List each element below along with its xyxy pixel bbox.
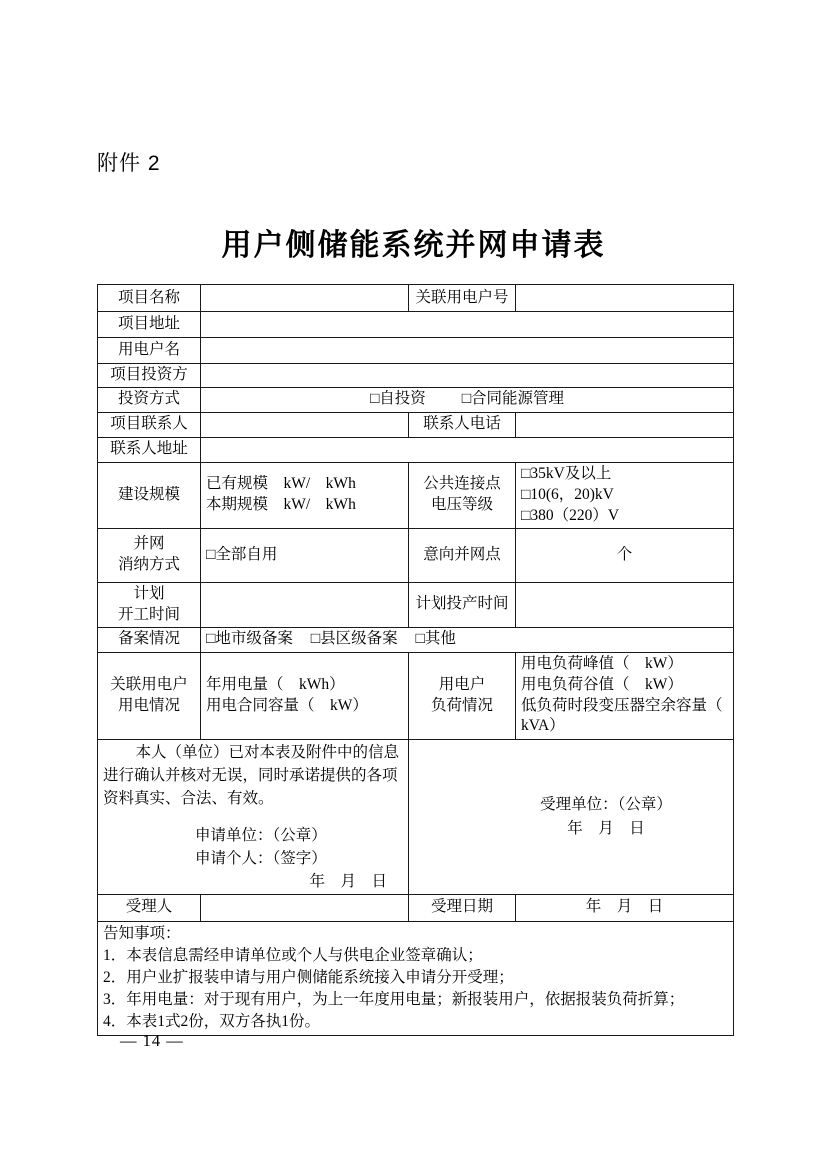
project-investor-label: 项目投资方: [98, 364, 201, 388]
planned-start-label-line2: 开工时间: [103, 605, 195, 626]
project-contact-label: 项目联系人: [98, 412, 201, 437]
row-construction-scale: 建设规模 已有规模 kW/ kWh 本期规模 kW/ kWh 公共连接点 电压等…: [98, 462, 734, 528]
connection-point-value-cell: 个: [516, 528, 734, 582]
applicant-person-line: 申请个人：（签字）: [195, 847, 403, 870]
row-investment-mode: 投资方式 □自投资 □合同能源管理: [98, 387, 734, 412]
load-peak-line: 用电负荷峰值（ kW）: [521, 654, 728, 675]
checkbox-option-self-invest: □自投资: [370, 389, 426, 410]
checkbox-option-all-self-use: □全部自用: [206, 546, 277, 563]
connection-point-label: 意向并网点: [409, 528, 516, 582]
load-valley-line: 用电负荷谷值（ kW）: [521, 675, 728, 696]
user-load-label: 用电户 负荷情况: [409, 652, 516, 739]
application-form-table: 项目名称 关联用电户号 项目地址 用电户名 项目投资方 投资方式 □自投资 □合…: [97, 284, 734, 1036]
acceptance-date-line: 年 月 日: [484, 817, 728, 841]
project-address-value-cell: [201, 312, 734, 338]
acceptance-date-label: 受理日期: [409, 894, 516, 921]
construction-scale-label: 建设规模: [98, 462, 201, 528]
contact-phone-label: 联系人电话: [409, 412, 516, 437]
contact-address-label: 联系人地址: [98, 437, 201, 462]
investment-mode-label: 投资方式: [98, 387, 201, 412]
related-user-no-value-cell: [516, 285, 734, 312]
related-user-no-label: 关联用电户号: [409, 285, 516, 312]
row-project-address: 项目地址: [98, 312, 734, 338]
user-load-label-line1: 用电户: [414, 675, 510, 696]
checkbox-option-10kv: □10(6，20)kV: [521, 485, 728, 506]
row-declaration: 本人（单位）已对本表及附件中的信息进行确认并核对无误，同时承诺提供的各项资料真实…: [98, 739, 734, 894]
planned-start-label: 计划 开工时间: [98, 582, 201, 627]
pcc-voltage-label: 公共连接点 电压等级: [409, 462, 516, 528]
notes-cell: 告知事项： 1．本表信息需经申请单位或个人与供电企业签章确认； 2．用户业扩报装…: [98, 921, 734, 1035]
scale-existing-line: 已有规模 kW/ kWh: [206, 474, 403, 495]
notes-title: 告知事项：: [103, 923, 728, 945]
electricity-user-value-cell: [201, 338, 734, 364]
note-item-3: 3．年用电量：对于现有用户，为上一年度用电量；新报装用户，依据报装负荷折算；: [103, 989, 728, 1011]
user-load-value-cell: 用电负荷峰值（ kW） 用电负荷谷值（ kW） 低负荷时段变压器空余容量（ kV…: [516, 652, 734, 739]
note-item-4: 4．本表1式2份，双方各执1份。: [103, 1011, 728, 1033]
transformer-spare-capacity-line: 低负荷时段变压器空余容量（ kVA）: [521, 696, 728, 738]
planned-operation-value-cell: [516, 582, 734, 627]
construction-scale-value-cell: 已有规模 kW/ kWh 本期规模 kW/ kWh: [201, 462, 409, 528]
acceptor-value-cell: [201, 894, 409, 921]
grid-consumption-label: 并网 消纳方式: [98, 528, 201, 582]
row-project-contact: 项目联系人 联系人电话: [98, 412, 734, 437]
project-contact-value-cell: [201, 412, 409, 437]
project-address-label: 项目地址: [98, 312, 201, 338]
row-planned-dates: 计划 开工时间 计划投产时间: [98, 582, 734, 627]
contract-capacity-line: 用电合同容量（ kW）: [206, 696, 403, 717]
checkbox-option-other-filing: □其他: [416, 629, 456, 650]
scale-current-line: 本期规模 kW/ kWh: [206, 495, 403, 516]
project-name-value-cell: [201, 285, 409, 312]
checkbox-option-contract-energy: □合同能源管理: [462, 389, 564, 410]
user-load-label-line2: 负荷情况: [414, 696, 510, 717]
filing-status-options-cell: □地市级备案 □县区级备案 □其他: [201, 627, 734, 652]
row-grid-consumption: 并网 消纳方式 □全部自用 意向并网点 个: [98, 528, 734, 582]
related-user-consumption-label-line2: 用电情况: [103, 696, 195, 717]
contact-address-value-cell: [201, 437, 734, 462]
row-project-investor: 项目投资方: [98, 364, 734, 388]
declaration-cell: 本人（单位）已对本表及附件中的信息进行确认并核对无误，同时承诺提供的各项资料真实…: [98, 739, 409, 894]
acceptance-unit-line: 受理单位：（公章）: [484, 793, 728, 817]
pcc-voltage-options-cell: □35kV及以上 □10(6，20)kV □380（220）V: [516, 462, 734, 528]
related-user-consumption-label-line1: 关联用电户: [103, 675, 195, 696]
applicant-unit-line: 申请单位：（公章）: [195, 824, 403, 847]
pcc-voltage-label-line1: 公共连接点: [414, 474, 510, 495]
planned-start-value-cell: [201, 582, 409, 627]
grid-consumption-option-cell: □全部自用: [201, 528, 409, 582]
planned-start-label-line1: 计划: [103, 584, 195, 605]
declaration-statement: 本人（单位）已对本表及附件中的信息进行确认并核对无误，同时承诺提供的各项资料真实…: [103, 741, 403, 810]
checkbox-option-city-filing: □地市级备案: [206, 629, 293, 650]
row-user-consumption-load: 关联用电户 用电情况 年用电量（ kWh） 用电合同容量（ kW） 用电户 负荷…: [98, 652, 734, 739]
project-investor-value-cell: [201, 364, 734, 388]
page-title: 用户侧储能系统并网申请表: [0, 220, 827, 264]
grid-consumption-label-line1: 并网: [103, 534, 195, 555]
applicant-date-line: 年 月 日: [103, 870, 403, 893]
grid-consumption-label-line2: 消纳方式: [103, 555, 195, 576]
project-name-label: 项目名称: [98, 285, 201, 312]
attachment-label: 附件 2: [97, 147, 161, 177]
investment-mode-options-cell: □自投资 □合同能源管理: [201, 387, 734, 412]
contact-phone-value-cell: [516, 412, 734, 437]
pcc-voltage-label-line2: 电压等级: [414, 495, 510, 516]
filing-status-label: 备案情况: [98, 627, 201, 652]
acceptance-date-value-cell: 年 月 日: [516, 894, 734, 921]
acceptor-label: 受理人: [98, 894, 201, 921]
row-electricity-user: 用电户名: [98, 338, 734, 364]
page-number: — 14 —: [120, 1031, 184, 1051]
checkbox-option-35kv: □35kV及以上: [521, 464, 728, 485]
acceptance-cell: 受理单位：（公章） 年 月 日: [409, 739, 734, 894]
planned-operation-label: 计划投产时间: [409, 582, 516, 627]
checkbox-option-380v: □380（220）V: [521, 506, 728, 527]
annual-consumption-line: 年用电量（ kWh）: [206, 675, 403, 696]
related-user-consumption-label: 关联用电户 用电情况: [98, 652, 201, 739]
row-project-name: 项目名称 关联用电户号: [98, 285, 734, 312]
checkbox-option-county-filing: □县区级备案: [311, 629, 398, 650]
row-contact-address: 联系人地址: [98, 437, 734, 462]
electricity-user-label: 用电户名: [98, 338, 201, 364]
row-filing-status: 备案情况 □地市级备案 □县区级备案 □其他: [98, 627, 734, 652]
note-item-1: 1．本表信息需经申请单位或个人与供电企业签章确认；: [103, 945, 728, 967]
related-user-consumption-value-cell: 年用电量（ kWh） 用电合同容量（ kW）: [201, 652, 409, 739]
row-notes: 告知事项： 1．本表信息需经申请单位或个人与供电企业签章确认； 2．用户业扩报装…: [98, 921, 734, 1035]
row-acceptor: 受理人 受理日期 年 月 日: [98, 894, 734, 921]
note-item-2: 2．用户业扩报装申请与用户侧储能系统接入申请分开受理；: [103, 967, 728, 989]
